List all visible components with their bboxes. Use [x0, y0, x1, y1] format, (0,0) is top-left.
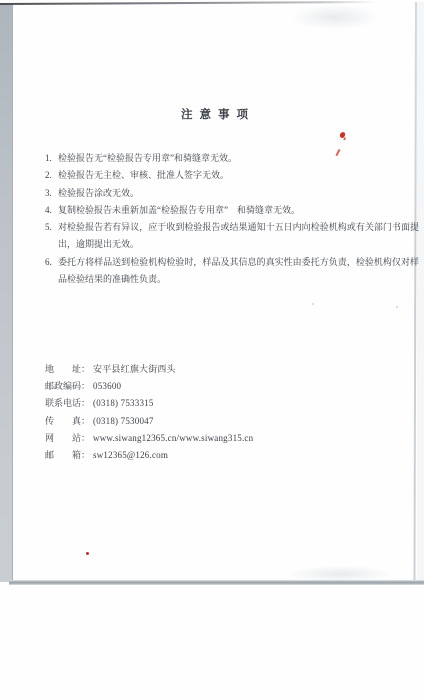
note-text: 检验报告涂改无效。: [58, 188, 139, 198]
scan-shadow-top-right: [290, 4, 380, 30]
contact-value-website: www.siwang12365.cn/www.siwang315.cn: [93, 433, 253, 443]
contact-value-phone: (0318) 7533315: [93, 398, 154, 408]
contact-colon: ：: [81, 398, 90, 408]
contact-label: 地址: [45, 361, 81, 378]
contact-value-fax: (0318) 7530047: [93, 416, 154, 426]
contact-colon: ：: [81, 433, 90, 443]
contact-colon: ：: [81, 416, 90, 426]
contact-colon: ：: [81, 381, 90, 391]
contact-label: 邮政编码: [45, 378, 81, 395]
contact-row-address: 地址：安平县红旗大街西头: [45, 361, 385, 378]
contact-value-postcode: 053600: [93, 381, 121, 391]
note-text: 对检验报告若有异议，应于收到检验报告或结果通知十五日内向检验机构或有关部门书面提…: [58, 222, 419, 249]
note-text: 检验报告无“检验报告专用章”和骑缝章无效。: [58, 153, 237, 163]
paper-bottom-edge-shadow: [9, 580, 424, 585]
contact-info-block: 地址：安平县红旗大街西头 邮政编码：053600 联系电话：(0318) 753…: [45, 361, 385, 464]
contact-label: 联系电话: [45, 395, 81, 412]
contact-row-fax: 传真：(0318) 7530047: [45, 413, 385, 430]
note-number: 5.: [45, 219, 52, 236]
red-speck: [312, 303, 314, 305]
contact-row-website: 网站：www.siwang12365.cn/www.siwang315.cn: [45, 430, 385, 447]
note-number: 1.: [45, 150, 52, 167]
note-number: 4.: [45, 202, 52, 219]
contact-colon: ：: [81, 450, 90, 460]
note-text: 委托方将样品送到检验机构检验时，样品及其信息的真实性由委托方负责，检验机构仅对样…: [58, 257, 419, 284]
note-item-3: 3. 检验报告涂改无效。: [45, 185, 419, 202]
note-number: 3.: [45, 185, 52, 202]
contact-label: 网站: [45, 430, 81, 447]
note-item-1: 1. 检验报告无“检验报告专用章”和骑缝章无效。: [45, 150, 419, 167]
contact-value-email: sw12365@126.com: [93, 450, 168, 460]
note-number: 6.: [45, 254, 52, 271]
note-text: 检验报告无主检、审核、批准人签字无效。: [58, 170, 229, 180]
scanned-document-photo: { "document": { "title": "注意事项", "notes"…: [0, 0, 424, 700]
red-dot: [86, 552, 89, 555]
red-speck: [396, 306, 398, 308]
note-item-4: 4. 复制检验报告未重新加盖“检验报告专用章” 和骑缝章无效。: [45, 202, 419, 219]
contact-row-phone: 联系电话：(0318) 7533315: [45, 395, 385, 412]
contact-value-address: 安平县红旗大街西头: [93, 364, 176, 374]
note-item-6: 6. 委托方将样品送到检验机构检验时，样品及其信息的真实性由委托方负责，检验机构…: [45, 254, 419, 289]
red-check-mark: [339, 131, 345, 138]
notes-list: 1. 检验报告无“检验报告专用章”和骑缝章无效。 2. 检验报告无主检、审核、批…: [45, 150, 419, 288]
contact-label: 邮箱: [45, 447, 81, 464]
contact-label: 传真: [45, 413, 81, 430]
scan-background-right-strip: [417, 2, 424, 582]
paper-page: 注意事项 1. 检验报告无“检验报告专用章”和骑缝章无效。 2. 检验报告无主检…: [0, 0, 424, 700]
scan-background-left-strip: [0, 4, 13, 582]
note-text: 复制检验报告未重新加盖“检验报告专用章” 和骑缝章无效。: [58, 205, 300, 215]
note-item-5: 5. 对检验报告若有异议，应于收到检验报告或结果通知十五日内向检验机构或有关部门…: [45, 219, 419, 254]
contact-colon: ：: [81, 364, 90, 374]
contact-row-postcode: 邮政编码：053600: [45, 378, 385, 395]
note-item-2: 2. 检验报告无主检、审核、批准人签字无效。: [45, 167, 419, 184]
page-title: 注意事项: [13, 106, 416, 122]
contact-row-email: 邮箱：sw12365@126.com: [45, 447, 385, 464]
note-number: 2.: [45, 167, 52, 184]
